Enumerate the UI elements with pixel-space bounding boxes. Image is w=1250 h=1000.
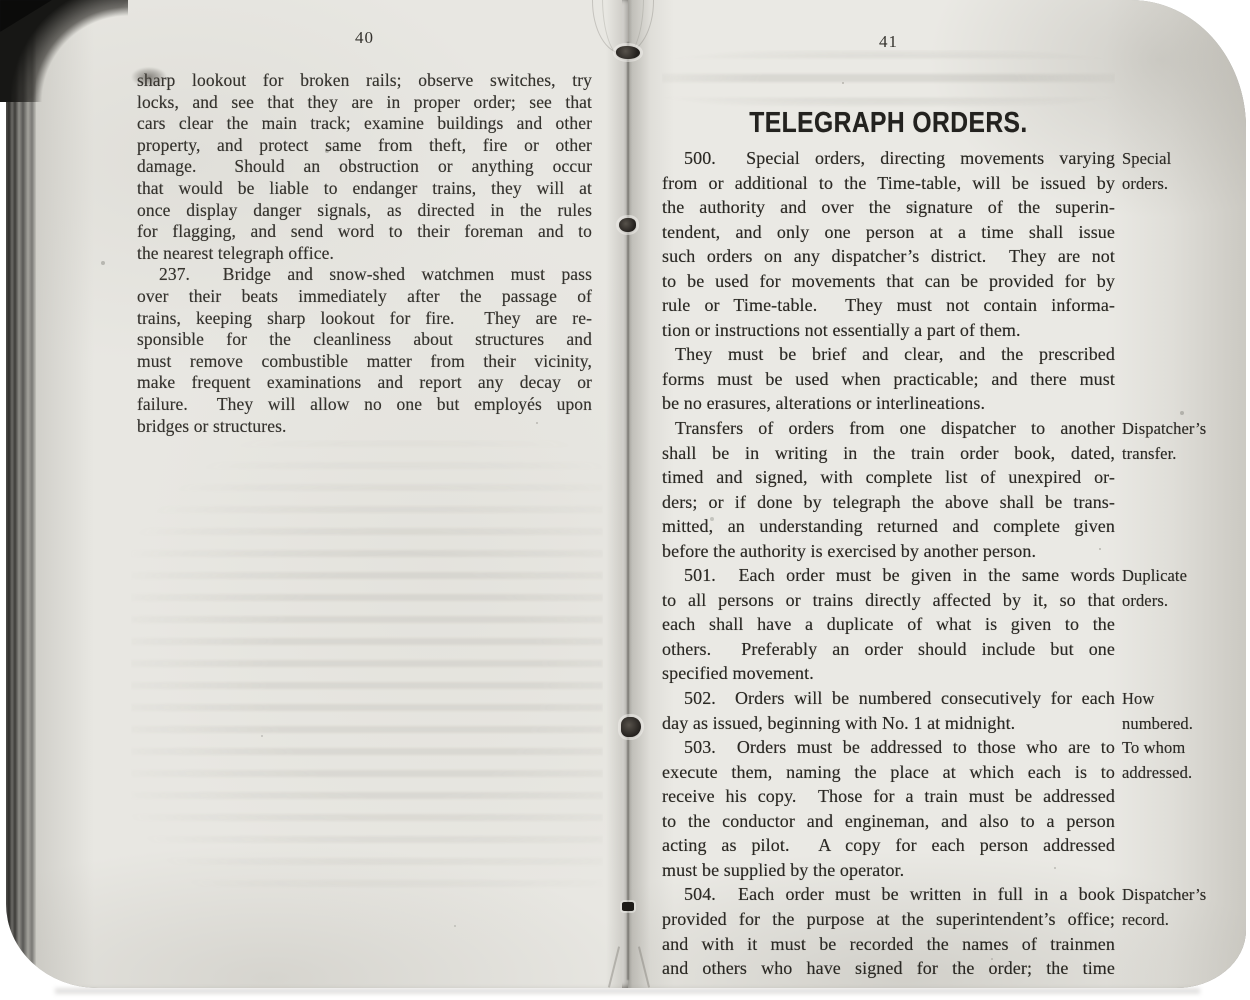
text-line: 501. Each order must be given in the sam… bbox=[662, 563, 1115, 588]
text-line: tion or instructions not essentially a p… bbox=[662, 318, 1115, 343]
text-line: and others who have signed for the order… bbox=[662, 956, 1115, 981]
paragraph-rule-501: 501. Each order must be given in the sam… bbox=[662, 563, 1115, 686]
text-line: shall be in writing in the train order b… bbox=[662, 441, 1115, 466]
text-line: tendent, and only one person at a time s… bbox=[662, 220, 1115, 245]
text-line: once display danger signals, as directed… bbox=[137, 200, 592, 222]
margin-note: Dispatcher’s transfer. bbox=[1122, 417, 1220, 466]
text-line: must be supplied by the operator. bbox=[662, 858, 1115, 883]
text-line: 502. Orders will be numbered consecutive… bbox=[662, 686, 1115, 711]
paragraph-rule-236-continuation: sharp lookout for broken rails; observe … bbox=[137, 70, 592, 264]
text-line: others. Preferably an order should inclu… bbox=[662, 637, 1115, 662]
text-line: the authority and over the signature of … bbox=[662, 195, 1115, 220]
right-page-text-block: 500. Special orders, directing movements… bbox=[662, 146, 1115, 981]
section-heading: TELEGRAPH ORDERS. bbox=[696, 107, 1081, 140]
text-line: 504. Each order must be written in full … bbox=[662, 882, 1115, 907]
binding-staple bbox=[619, 218, 636, 232]
text-line: locks, and see that they are in proper o… bbox=[137, 92, 592, 114]
margin-note: Dispatcher’s record. bbox=[1122, 883, 1220, 932]
text-line: day as issued, beginning with No. 1 at m… bbox=[662, 711, 1115, 736]
text-line: They must be brief and clear, and the pr… bbox=[662, 342, 1115, 367]
text-line: and with it must be recorded the names o… bbox=[662, 932, 1115, 957]
text-line: sponsible for the cleanliness about stru… bbox=[137, 329, 592, 351]
text-line: timed and signed, with complete list of … bbox=[662, 465, 1115, 490]
text-line: Transfers of orders from one dispatcher … bbox=[662, 416, 1115, 441]
text-line: before the authority is exercised by ano… bbox=[662, 539, 1115, 564]
text-line: over their beats immediately after the p… bbox=[137, 286, 592, 308]
text-line: failure. They will allow no one but empl… bbox=[137, 394, 592, 416]
text-line: ders; or if done by telegraph the above … bbox=[662, 490, 1115, 515]
text-line: provided for the purpose at the superint… bbox=[662, 907, 1115, 932]
text-line: be no erasures, alterations or interline… bbox=[662, 391, 1115, 416]
open-book-scan: 40 sharp lookout for broken rails; obser… bbox=[6, 0, 1246, 988]
paragraph-rule-504: 504. Each order must be written in full … bbox=[662, 882, 1115, 980]
text-line: rule or Time-table. They must not contai… bbox=[662, 293, 1115, 318]
left-page: 40 sharp lookout for broken rails; obser… bbox=[36, 0, 622, 988]
text-line: such orders on any dispatcher’s district… bbox=[662, 244, 1115, 269]
scan-specks bbox=[6, 0, 8, 2]
page-number-right: 41 bbox=[662, 32, 1115, 52]
text-line: execute them, naming the place at which … bbox=[662, 760, 1115, 785]
stacked-page-edges bbox=[6, 0, 39, 988]
page-number-left: 40 bbox=[137, 28, 592, 48]
text-line: property, and protect same from theft, f… bbox=[137, 135, 592, 157]
text-line: the nearest telegraph office. bbox=[137, 243, 592, 265]
bleed-through-text bbox=[131, 440, 603, 902]
paragraph-rule-502: 502. Orders will be numbered consecutive… bbox=[662, 686, 1115, 735]
left-page-text-block: sharp lookout for broken rails; observe … bbox=[137, 70, 592, 437]
binding-staple bbox=[616, 46, 640, 59]
text-line: cars clear the main track; examine build… bbox=[137, 113, 592, 135]
binding-staple bbox=[622, 902, 634, 911]
text-line: mitted, an understanding returned and co… bbox=[662, 514, 1115, 539]
text-line: specified movement. bbox=[662, 661, 1115, 686]
text-line: for flagging, and send word to their for… bbox=[137, 221, 592, 243]
text-line: must remove combustible matter from thei… bbox=[137, 351, 592, 373]
text-line: forms must be used when practicable; and… bbox=[662, 367, 1115, 392]
text-line: 503. Orders must be addressed to those w… bbox=[662, 735, 1115, 760]
paragraph-rule-503: 503. Orders must be addressed to those w… bbox=[662, 735, 1115, 882]
text-line: from or additional to the Time-table, wi… bbox=[662, 171, 1115, 196]
text-line: to the conductor and engineman, and also… bbox=[662, 809, 1115, 834]
text-line: receive his copy. Those for a train must… bbox=[662, 784, 1115, 809]
ink-smudge bbox=[131, 67, 167, 87]
text-line: 500. Special orders, directing movements… bbox=[662, 146, 1115, 171]
margin-note: Duplicate orders. bbox=[1122, 564, 1220, 613]
bleed-through-text bbox=[662, 50, 1115, 108]
paragraph-rule-500-transfers: Transfers of orders from one dispatcher … bbox=[662, 416, 1115, 563]
text-line: make frequent examinations and report an… bbox=[137, 372, 592, 394]
margin-note: Special orders. bbox=[1122, 147, 1220, 196]
text-line: each shall have a duplicate of what is g… bbox=[662, 612, 1115, 637]
margin-note: How numbered. bbox=[1122, 687, 1220, 736]
text-line: to be used for movements that can be pro… bbox=[662, 269, 1115, 294]
text-line: bridges or structures. bbox=[137, 416, 592, 438]
paragraph-rule-500: 500. Special orders, directing movements… bbox=[662, 146, 1115, 342]
text-line: to all persons or trains directly affect… bbox=[662, 588, 1115, 613]
text-line: trains, keeping sharp lookout for fire. … bbox=[137, 308, 592, 330]
binding-crease bbox=[627, 42, 629, 980]
text-line: 237. Bridge and snow-shed watchmen must … bbox=[137, 264, 592, 286]
text-line: that would be liable to endanger trains,… bbox=[137, 178, 592, 200]
right-page: 41 TELEGRAPH ORDERS. 500. Special orders… bbox=[628, 0, 1246, 988]
text-line: damage. Should an obstruction or anythin… bbox=[137, 156, 592, 178]
text-line: sharp lookout for broken rails; observe … bbox=[137, 70, 592, 92]
text-line: acting as pilot. A copy for each person … bbox=[662, 833, 1115, 858]
paragraph-rule-500-brief: They must be brief and clear, and the pr… bbox=[662, 342, 1115, 416]
paragraph-rule-237: 237. Bridge and snow-shed watchmen must … bbox=[137, 264, 592, 437]
margin-note: To whom addressed. bbox=[1122, 736, 1220, 785]
book-bottom-shadow bbox=[55, 988, 1200, 994]
